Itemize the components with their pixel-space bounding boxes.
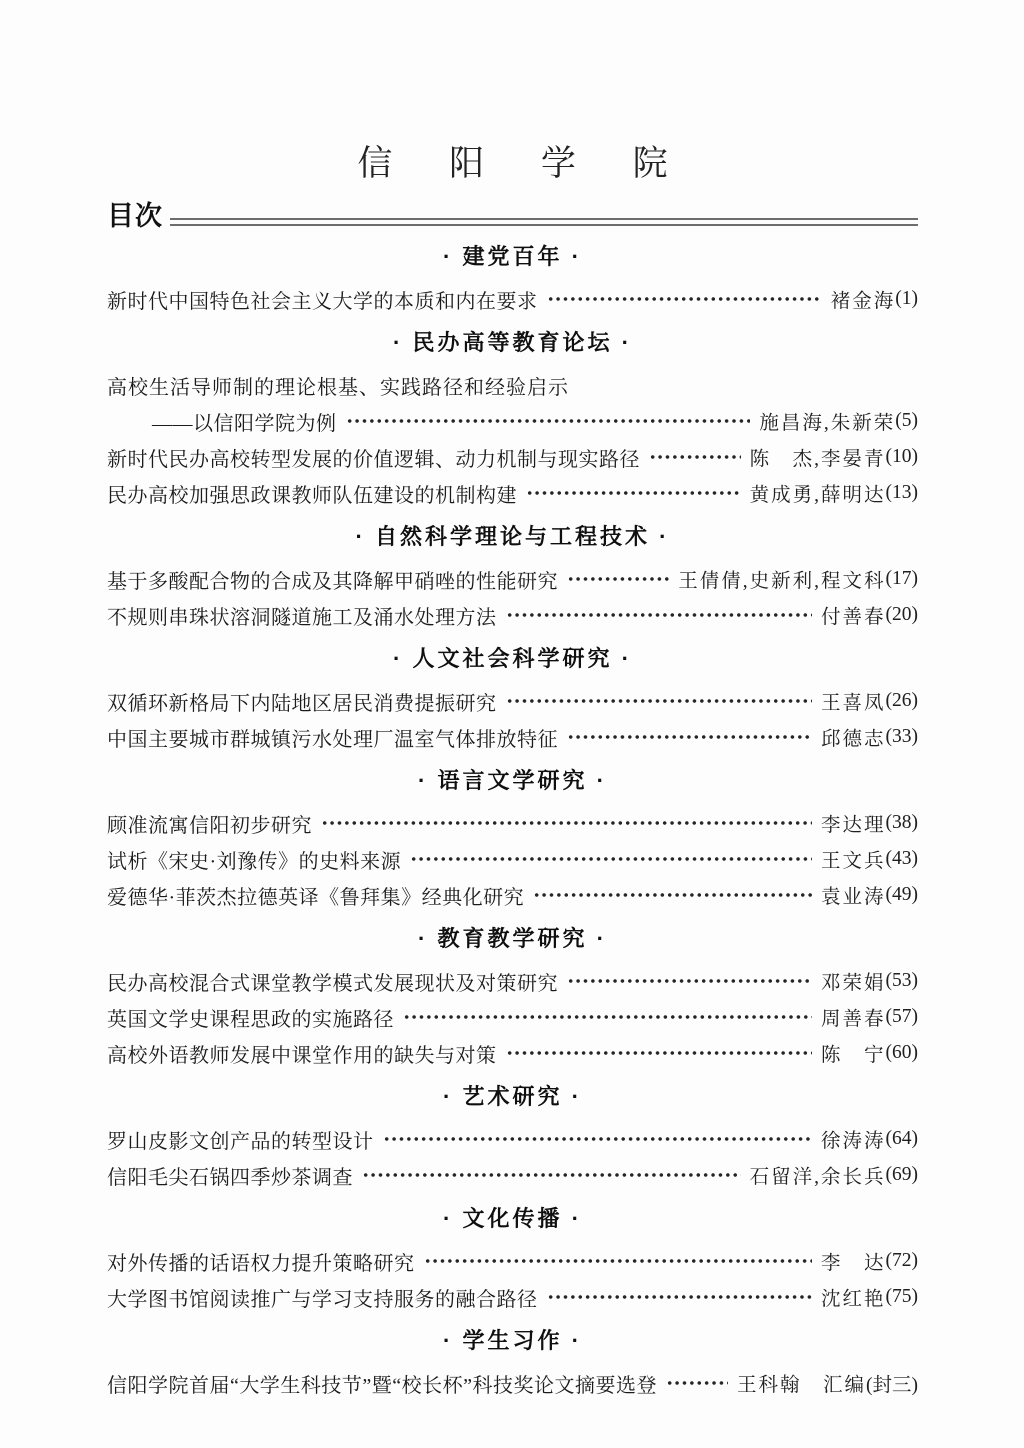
entry-authors-page: 沈红艳(75) (821, 1283, 918, 1311)
article-page: (33) (886, 726, 919, 748)
article-authors: 施昌海,朱新荣 (759, 407, 895, 435)
entry-authors-page: 付善春(20) (821, 601, 918, 629)
article-authors: 邓荣娟 (821, 967, 886, 995)
article-title: 民办高校加强思政课教师队伍建设的机制构建 (107, 479, 517, 508)
toc-entry: 中国主要城市群城镇污水处理厂温室气体排放特征邱德志(33) (107, 719, 918, 755)
article-authors: 石留洋,余长兵 (750, 1161, 886, 1189)
article-title: 中国主要城市群城镇污水处理厂温室气体排放特征 (107, 723, 558, 752)
article-title: 基于多酸配合物的合成及其降解甲硝唑的性能研究 (107, 565, 558, 594)
toc-entry: 不规则串珠状溶洞隧道施工及涌水处理方法付善春(20) (107, 597, 918, 633)
toc-section: · 文化传播 ·对外传播的话语权力提升策略研究李 达(72)大学图书馆阅读推广与… (107, 1207, 918, 1315)
toc-entry: 爱德华·菲茨杰拉德英译《鲁拜集》经典化研究袁业涛(49) (107, 877, 918, 913)
toc-entry: 罗山皮影文创产品的转型设计徐涛涛(64) (107, 1121, 918, 1157)
toc-entry-pretitle: 高校生活导师制的理论根基、实践路径和经验启示 (107, 367, 918, 403)
toc-entry: 对外传播的话语权力提升策略研究李 达(72) (107, 1243, 918, 1279)
article-authors: 王文兵 (821, 845, 886, 873)
toc-entry: 新时代民办高校转型发展的价值逻辑、动力机制与现实路径陈 杰,李晏青(10) (107, 439, 918, 475)
toc-section: · 学生习作 ·信阳学院首届“大学生科技节”暨“校长杯”科技奖论文摘要选登王科翰… (107, 1329, 918, 1401)
contents-label: 目次 (107, 201, 163, 231)
toc-entry: 大学图书馆阅读推广与学习支持服务的融合路径沈红艳(75) (107, 1279, 918, 1315)
article-title: 罗山皮影文创产品的转型设计 (107, 1125, 374, 1154)
toc-entry: ——以信阳学院为例施昌海,朱新荣(5) (107, 403, 918, 439)
dot-leader (383, 1121, 812, 1157)
entry-authors-page: 施昌海,朱新荣(5) (759, 407, 918, 435)
toc-entry: 试析《宋史·刘豫传》的史料来源王文兵(43) (107, 841, 918, 877)
toc-entry: 顾准流寓信阳初步研究李达理(38) (107, 805, 918, 841)
section-heading: · 自然科学理论与工程技术 · (107, 525, 918, 548)
article-authors: 陈 杰,李晏青 (750, 443, 886, 471)
entry-authors-page: 王文兵(43) (821, 845, 918, 873)
section-heading: · 艺术研究 · (107, 1085, 918, 1108)
article-page: (封三) (866, 1369, 918, 1397)
journal-title-text: 信 阳 学 院 (357, 144, 691, 183)
article-page: (69) (886, 1164, 919, 1186)
section-heading: · 人文社会科学研究 · (107, 647, 918, 670)
dot-leader (362, 1157, 741, 1193)
article-title: 不规则串珠状溶洞隧道施工及涌水处理方法 (107, 601, 497, 630)
toc-section: · 教育教学研究 ·民办高校混合式课堂教学模式发展现状及对策研究邓荣娟(53)英… (107, 927, 918, 1071)
entry-authors-page: 褚金海(1) (831, 285, 918, 313)
section-heading: · 民办高等教育论坛 · (107, 331, 918, 354)
dot-leader (526, 475, 741, 511)
article-title: 顾准流寓信阳初步研究 (107, 809, 312, 838)
article-page: (26) (886, 690, 919, 712)
article-authors: 陈 宁 (821, 1039, 886, 1067)
article-page: (72) (886, 1250, 919, 1272)
entry-authors-page: 李达理(38) (821, 809, 918, 837)
article-authors: 王喜凤 (821, 687, 886, 715)
article-page: (17) (886, 568, 919, 590)
dot-leader (346, 403, 751, 439)
entry-authors-page: 袁业涛(49) (821, 881, 918, 909)
article-authors: 袁业涛 (821, 881, 886, 909)
dot-leader (424, 1243, 812, 1279)
entry-authors-page: 黄成勇,薛明达(13) (750, 479, 918, 507)
article-title: 民办高校混合式课堂教学模式发展现状及对策研究 (107, 967, 558, 996)
article-authors: 李 达 (821, 1247, 886, 1275)
dot-leader (403, 999, 812, 1035)
entry-authors-page: 邓荣娟(53) (821, 967, 918, 995)
article-page: (38) (886, 812, 919, 834)
dot-leader (649, 439, 741, 475)
dot-leader (410, 841, 812, 877)
double-rule (170, 218, 918, 226)
toc-entry: 信阳毛尖石锅四季炒茶调查石留洋,余长兵(69) (107, 1157, 918, 1193)
article-pretitle: 高校生活导师制的理论根基、实践路径和经验启示 (107, 371, 569, 400)
article-page: (57) (886, 1006, 919, 1028)
dot-leader (506, 1035, 812, 1071)
toc-section: · 语言文学研究 ·顾准流寓信阳初步研究李达理(38)试析《宋史·刘豫传》的史料… (107, 769, 918, 913)
article-authors: 褚金海 (831, 285, 896, 313)
toc-entry: 双循环新格局下内陆地区居民消费提振研究王喜凤(26) (107, 683, 918, 719)
toc-entry: 英国文学史课程思政的实施路径周善春(57) (107, 999, 918, 1035)
toc-entry: 民办高校加强思政课教师队伍建设的机制构建黄成勇,薛明达(13) (107, 475, 918, 511)
article-page: (10) (886, 446, 919, 468)
toc-sections: · 建党百年 ·新时代中国特色社会主义大学的本质和内在要求褚金海(1)· 民办高… (107, 245, 918, 1401)
section-heading: · 语言文学研究 · (107, 769, 918, 792)
dot-leader (547, 1279, 812, 1315)
article-authors: 沈红艳 (821, 1283, 886, 1311)
dot-leader (666, 1365, 728, 1401)
article-authors: 王倩倩,史新利,程文科 (678, 565, 885, 593)
toc-entry: 基于多酸配合物的合成及其降解甲硝唑的性能研究王倩倩,史新利,程文科(17) (107, 561, 918, 597)
toc-section: · 自然科学理论与工程技术 ·基于多酸配合物的合成及其降解甲硝唑的性能研究王倩倩… (107, 525, 918, 633)
entry-authors-page: 王喜凤(26) (821, 687, 918, 715)
article-title: 高校外语教师发展中课堂作用的缺失与对策 (107, 1039, 497, 1068)
toc-entry: 新时代中国特色社会主义大学的本质和内在要求褚金海(1) (107, 281, 918, 317)
article-title: 双循环新格局下内陆地区居民消费提振研究 (107, 687, 497, 716)
section-heading: · 建党百年 · (107, 245, 918, 268)
article-title: 英国文学史课程思政的实施路径 (107, 1003, 394, 1032)
entry-authors-page: 李 达(72) (821, 1247, 918, 1275)
toc-section: · 艺术研究 ·罗山皮影文创产品的转型设计徐涛涛(64)信阳毛尖石锅四季炒茶调查… (107, 1085, 918, 1193)
entry-authors-page: 周善春(57) (821, 1003, 918, 1031)
article-page: (64) (886, 1128, 919, 1150)
dot-leader (567, 719, 812, 755)
article-authors: 李达理 (821, 809, 886, 837)
article-page: (49) (886, 884, 919, 906)
section-heading: · 文化传播 · (107, 1207, 918, 1230)
article-title: 大学图书馆阅读推广与学习支持服务的融合路径 (107, 1283, 538, 1312)
article-title: 新时代民办高校转型发展的价值逻辑、动力机制与现实路径 (107, 443, 640, 472)
article-authors: 邱德志 (821, 723, 886, 751)
article-title: 新时代中国特色社会主义大学的本质和内在要求 (107, 285, 538, 314)
section-heading: · 教育教学研究 · (107, 927, 918, 950)
article-page: (1) (895, 288, 918, 310)
toc-section: · 民办高等教育论坛 ·高校生活导师制的理论根基、实践路径和经验启示——以信阳学… (107, 331, 918, 511)
article-authors: 黄成勇,薛明达 (750, 479, 886, 507)
dot-leader (506, 683, 812, 719)
dot-leader (567, 963, 812, 999)
article-title: 信阳学院首届“大学生科技节”暨“校长杯”科技奖论文摘要选登 (107, 1369, 657, 1398)
entry-authors-page: 石留洋,余长兵(69) (750, 1161, 918, 1189)
entry-authors-page: 陈 杰,李晏青(10) (750, 443, 918, 471)
article-page: (53) (886, 970, 919, 992)
dot-leader (321, 805, 812, 841)
dot-leader (506, 597, 812, 633)
article-authors: 周善春 (821, 1003, 886, 1031)
toc-header: 目次 (107, 201, 918, 231)
journal-title: 信 阳 学 院 (107, 0, 918, 186)
toc-entry: 民办高校混合式课堂教学模式发展现状及对策研究邓荣娟(53) (107, 963, 918, 999)
section-heading: · 学生习作 · (107, 1329, 918, 1352)
article-page: (20) (886, 604, 919, 626)
article-authors: 徐涛涛 (821, 1125, 886, 1153)
article-title: 试析《宋史·刘豫传》的史料来源 (107, 845, 401, 874)
entry-authors-page: 陈 宁(60) (821, 1039, 918, 1067)
article-title: ——以信阳学院为例 (152, 407, 337, 436)
entry-authors-page: 王倩倩,史新利,程文科(17) (678, 565, 918, 593)
toc-entry: 信阳学院首届“大学生科技节”暨“校长杯”科技奖论文摘要选登王科翰 汇编(封三) (107, 1365, 918, 1401)
article-page: (5) (895, 410, 918, 432)
article-page: (13) (886, 482, 919, 504)
dot-leader (547, 281, 822, 317)
dot-leader (567, 561, 669, 597)
article-title: 对外传播的话语权力提升策略研究 (107, 1247, 415, 1276)
toc-section: · 建党百年 ·新时代中国特色社会主义大学的本质和内在要求褚金海(1) (107, 245, 918, 317)
toc-section: · 人文社会科学研究 ·双循环新格局下内陆地区居民消费提振研究王喜凤(26)中国… (107, 647, 918, 755)
dot-leader (533, 877, 812, 913)
article-page: (75) (886, 1286, 919, 1308)
article-page: (43) (886, 848, 919, 870)
toc-entry: 高校外语教师发展中课堂作用的缺失与对策陈 宁(60) (107, 1035, 918, 1071)
article-authors: 王科翰 汇编 (737, 1369, 866, 1397)
article-page: (60) (886, 1042, 919, 1064)
article-title: 爱德华·菲茨杰拉德英译《鲁拜集》经典化研究 (107, 881, 524, 910)
entry-authors-page: 徐涛涛(64) (821, 1125, 918, 1153)
entry-authors-page: 邱德志(33) (821, 723, 918, 751)
toc-page: 信 阳 学 院 目次 · 建党百年 ·新时代中国特色社会主义大学的本质和内在要求… (0, 0, 1024, 1448)
article-authors: 付善春 (821, 601, 886, 629)
article-title: 信阳毛尖石锅四季炒茶调查 (107, 1161, 353, 1190)
entry-authors-page: 王科翰 汇编(封三) (737, 1369, 918, 1397)
